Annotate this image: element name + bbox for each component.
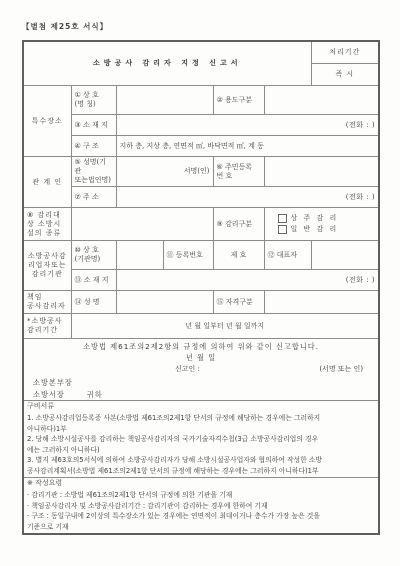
attachments-block: 구비서류 1. 소방공사감리업등록증 사본(소방법 제61조의2제1항 단서의 … xyxy=(23,401,379,478)
field-agency-name[interactable] xyxy=(116,241,163,270)
label-person-name: ⑤ 성명(기관 또는법인명) xyxy=(71,157,116,187)
supervision-class-options: 상 주 감 리 일 반 감 리 xyxy=(264,208,379,241)
field-supervision-target[interactable] xyxy=(71,208,213,241)
option-resident-supervision: 상 주 감 리 xyxy=(278,214,376,223)
reporter-label: 신고인 : xyxy=(175,365,200,374)
notes-list: · 감리기관 : 소방법 제61조의2제1항 단서의 규정에 의한 기관을 기재… xyxy=(27,490,375,532)
form-table: 소방공사 감리자 지정 신고서 처리기간 즉 시 특수장소 ① 상 호 (명 칭… xyxy=(22,40,380,535)
field-qualification[interactable] xyxy=(264,291,379,314)
group-supervision-period: *소방공사 감리기간 xyxy=(23,314,71,339)
label-qualification: ⑮ 자격구분 xyxy=(213,291,264,314)
label-supervision-target: ⑧ 감리대 상 소방시 설의 종류 xyxy=(23,208,71,241)
field-agency-address[interactable]: (전화 : ) xyxy=(116,270,379,291)
label-person-address: ⑦ 주 소 xyxy=(71,187,116,208)
processing-time-label: 처리기간 xyxy=(311,41,379,64)
general-supervision-checkbox[interactable] xyxy=(278,225,287,234)
field-chief-name[interactable] xyxy=(116,291,213,314)
field-person-address[interactable]: (전화 : ) xyxy=(116,187,379,208)
field-place-address[interactable]: (전화 : ) xyxy=(116,115,379,136)
field-representative[interactable] xyxy=(311,241,379,270)
addressee-fire-station-chief-label: 소방서장 xyxy=(33,390,65,399)
label-chief-name: ⑭ 성 명 xyxy=(71,291,116,314)
field-supervision-period[interactable]: 년 월 일부터 년 월 일까지 xyxy=(71,314,379,339)
general-supervision-label: 일 반 감 리 xyxy=(291,225,339,234)
field-structure[interactable]: 지하 층, 지상 층, 연면적 ㎡, 바닥면적 ㎡, 계 동 xyxy=(116,136,379,157)
field-company-name[interactable] xyxy=(116,86,213,115)
signature-note: (서명 또는 인) xyxy=(319,365,363,374)
scanned-form-page: 【별첨 제25호 서식】 소방공사 감리자 지정 신고서 처리기간 즉 시 특수… xyxy=(0,0,400,566)
label-place-address: ③ 소 재 지 xyxy=(71,115,116,136)
field-person-signature[interactable]: 서명(인) xyxy=(116,157,213,187)
notes-block: ※ 작성요령 · 감리기관 : 소방법 제61조의2제1항 단서의 규정에 의한… xyxy=(23,478,379,535)
label-representative: ⑫ 대표자 xyxy=(264,241,311,270)
label-resident-number: ⑥ 주민등록 번 호 xyxy=(213,157,264,187)
label-use-class: ② 용도구분 xyxy=(213,86,264,115)
notes-heading: ※ 작성요령 xyxy=(27,479,375,488)
attachments-list: 1. 소방공사감리업등록증 사본(소방법 제61조의2제1항 단서의 규정에 해… xyxy=(27,413,375,476)
label-registration-number: ⑪ 등록번호 xyxy=(163,241,213,270)
group-related-person: 관 계 인 xyxy=(23,157,71,208)
field-use-class[interactable] xyxy=(264,86,379,115)
declaration-block: 소방법 제61조의2제2항의 규정에 의하여 위와 같이 신고합니다. 년 월 … xyxy=(23,339,379,401)
declaration-date: 년 월 일 xyxy=(27,353,375,362)
option-general-supervision: 일 반 감 리 xyxy=(278,225,376,234)
addressee-suffix: 귀하 xyxy=(87,390,103,399)
reporter-line: 신고인 : (서명 또는 인) xyxy=(27,365,375,374)
label-company-name: ① 상 호 (명 칭) xyxy=(71,86,116,115)
resident-supervision-checkbox[interactable] xyxy=(278,214,287,223)
label-agency-name: ⑩ 상 호 (기관명) xyxy=(71,241,116,270)
addressee-fire-hq-chief: 소방본부장 xyxy=(33,378,375,387)
field-resident-number[interactable] xyxy=(264,157,379,187)
attachments-heading: 구비서류 xyxy=(27,402,375,411)
label-agency-address: ⑬ 소 재 지 xyxy=(71,270,116,291)
addressee-fire-station-chief: 소방서장귀하 xyxy=(33,390,375,399)
label-supervision-class: ⑨ 감리구분 xyxy=(213,208,264,241)
processing-time-value: 즉 시 xyxy=(311,64,379,86)
group-chief-supervisor: 책임 공사감리자 xyxy=(23,291,71,314)
label-structure: ④ 구 조 xyxy=(71,136,116,157)
field-registration-number[interactable]: 제 호 xyxy=(213,241,264,270)
form-reference-number: 【별첨 제25호 서식】 xyxy=(22,21,108,32)
form-title: 소방공사 감리자 지정 신고서 xyxy=(23,41,311,86)
group-special-place: 특수장소 xyxy=(23,86,71,157)
declaration-sentence: 소방법 제61조의2제2항의 규정에 의하여 위와 같이 신고합니다. xyxy=(27,342,375,351)
group-supervision-agency: 소방공사감 리업자또는 감리기관 xyxy=(23,241,71,291)
resident-supervision-label: 상 주 감 리 xyxy=(291,214,339,223)
